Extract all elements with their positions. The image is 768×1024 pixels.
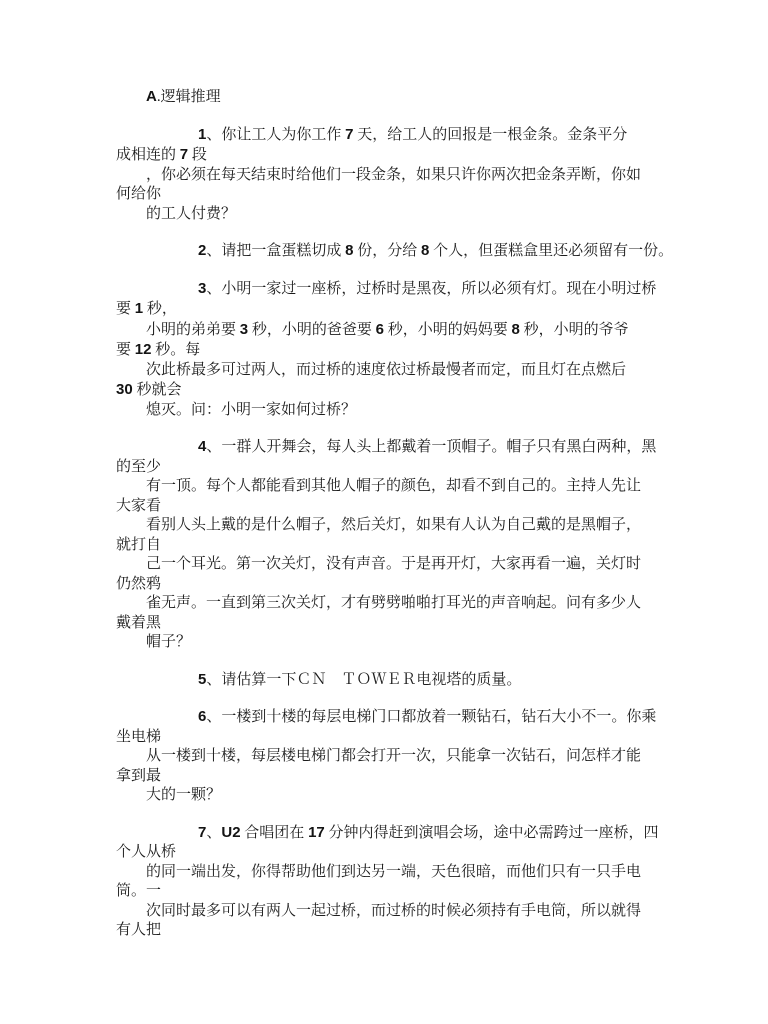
text-line: 大的一颗？ xyxy=(116,786,680,806)
bold-number-run: 8 xyxy=(511,321,519,338)
text-line: 要 12 秒。每 xyxy=(116,340,680,361)
text-run: 次此桥最多可过两人，而过桥的速度依过桥最慢者而定，而且灯在点燃后 xyxy=(146,362,626,378)
question-1: 1、你让工人为你工作 7 天，给工人的回报是一根金条。金条平分成相连的 7 段，… xyxy=(116,125,680,225)
text-run: .逻辑推理 xyxy=(157,89,221,105)
section-heading: A.逻辑推理 xyxy=(116,87,680,108)
text-run: 秒就会 xyxy=(133,382,182,398)
bold-number-run: 3 xyxy=(240,321,248,338)
bold-number-run: 1 xyxy=(135,300,143,317)
text-run: 坐电梯 xyxy=(116,729,161,745)
text-run: 次同时最多可以有两人一起过桥，而过桥的时候必须持有手电筒，所以就得 xyxy=(146,903,641,919)
text-line: 的至少 xyxy=(116,458,680,478)
text-line: 5、请估算一下ＣＮ ＴＯＷＥＲ电视塔的质量。 xyxy=(116,670,680,691)
text-line: 3、小明一家过一座桥，过桥时是黑夜，所以必须有灯。现在小明过桥 xyxy=(116,279,680,300)
text-run: 拿到最 xyxy=(116,768,161,784)
text-run: 的工人付费？ xyxy=(146,206,236,222)
text-line: 何给你 xyxy=(116,185,680,205)
text-line: 个人从桥 xyxy=(116,843,680,863)
text-line: 帽子？ xyxy=(116,633,680,653)
text-run: 仍然鸦 xyxy=(116,576,161,592)
text-line: 1、你让工人为你工作 7 天，给工人的回报是一根金条。金条平分 xyxy=(116,125,680,146)
text-line: 大家看 xyxy=(116,497,680,517)
text-run: 就打自 xyxy=(116,537,161,553)
text-line: 次同时最多可以有两人一起过桥，而过桥的时候必须持有手电筒，所以就得 xyxy=(116,902,680,922)
document-page: A.逻辑推理1、你让工人为你工作 7 天，给工人的回报是一根金条。金条平分成相连… xyxy=(0,0,768,1024)
text-line: 成相连的 7 段 xyxy=(116,145,680,166)
text-run: 何给你 xyxy=(116,186,161,202)
text-line: 拿到最 xyxy=(116,767,680,787)
text-run: 雀无声。一直到第三次关灯，才有劈劈啪啪打耳光的声音响起。问有多少人 xyxy=(146,595,641,611)
text-run: 要 xyxy=(116,342,135,358)
text-run: 段 xyxy=(188,147,207,163)
text-run: ，你必须在每天结束时给他们一段金条，如果只许你两次把金条弄断，你如 xyxy=(146,167,641,183)
text-run: 有人把 xyxy=(116,922,161,938)
text-run: 秒， xyxy=(143,301,177,317)
text-line: 仍然鸦 xyxy=(116,575,680,595)
question-7: 7、U2 合唱团在 17 分钟内得赶到演唱会场，途中必需跨过一座桥，四个人从桥的… xyxy=(116,823,680,941)
text-run: 秒，小明的爷爷 xyxy=(520,322,629,338)
bold-number-run: A xyxy=(146,88,157,105)
question-4: 4、一群人开舞会，每人头上都戴着一顶帽子。帽子只有黑白两种，黑的至少有一顶。每个… xyxy=(116,437,680,653)
text-run: 戴着黑 xyxy=(116,615,161,631)
text-run: 看别人头上戴的是什么帽子，然后关灯，如果有人认为自己戴的是黑帽子， xyxy=(146,517,641,533)
text-run: 、一群人开舞会，每人头上都戴着一顶帽子。帽子只有黑白两种，黑 xyxy=(206,439,656,455)
bold-number-run: 6 xyxy=(376,321,384,338)
text-line: 己一个耳光。第一次关灯，没有声音。于是再开灯，大家再看一遍，关灯时 xyxy=(116,555,680,575)
text-run: 份，分给 xyxy=(353,243,421,259)
text-line: ，你必须在每天结束时给他们一段金条，如果只许你两次把金条弄断，你如 xyxy=(116,166,680,186)
question-6: 6、一楼到十楼的每层电梯门口都放着一颗钻石，钻石大小不一。你乘坐电梯从一楼到十楼… xyxy=(116,707,680,806)
text-line: 2、请把一盒蛋糕切成 8 份，分给 8 个人，但蛋糕盒里还必须留有一份。 xyxy=(116,241,680,262)
text-line: 30 秒就会 xyxy=(116,380,680,401)
text-run: 的至少 xyxy=(116,459,161,475)
bold-number-run: 12 xyxy=(135,341,152,358)
text-line: 7、U2 合唱团在 17 分钟内得赶到演唱会场，途中必需跨过一座桥，四 xyxy=(116,823,680,844)
text-line: 看别人头上戴的是什么帽子，然后关灯，如果有人认为自己戴的是黑帽子， xyxy=(116,516,680,536)
text-run: 从一楼到十楼，每层楼电梯门都会打开一次，只能拿一次钻石，问怎样才能 xyxy=(146,748,641,764)
text-run: 秒。每 xyxy=(151,342,200,358)
text-run: 分钟内得赶到演唱会场，途中必需跨过一座桥，四 xyxy=(325,825,659,841)
text-line: 有一顶。每个人都能看到其他人帽子的颜色，却看不到自己的。主持人先让 xyxy=(116,477,680,497)
text-line: 次此桥最多可过两人，而过桥的速度依过桥最慢者而定，而且灯在点燃后 xyxy=(116,361,680,381)
text-line: 6、一楼到十楼的每层电梯门口都放着一颗钻石，钻石大小不一。你乘 xyxy=(116,707,680,728)
text-run: 个人，但蛋糕盒里还必须留有一份。 xyxy=(429,243,673,259)
question-2: 2、请把一盒蛋糕切成 8 份，分给 8 个人，但蛋糕盒里还必须留有一份。 xyxy=(116,241,680,262)
text-run: 、你让工人为你工作 xyxy=(206,127,345,143)
text-line: 4、一群人开舞会，每人头上都戴着一顶帽子。帽子只有黑白两种，黑 xyxy=(116,437,680,458)
text-run: 要 xyxy=(116,301,135,317)
text-run: 合唱团在 xyxy=(241,825,309,841)
text-run: 个人从桥 xyxy=(116,844,176,860)
text-run: 的同一端出发，你得帮助他们到达另一端，天色很暗，而他们只有一只手电 xyxy=(146,864,641,880)
bold-number-run: 30 xyxy=(116,381,133,398)
text-run: 秒，小明的爸爸要 xyxy=(248,322,376,338)
text-line: 的工人付费？ xyxy=(116,205,680,225)
text-line: 熄灭。问：小明一家如何过桥？ xyxy=(116,401,680,421)
text-run: 成相连的 xyxy=(116,147,180,163)
text-run: 、一楼到十楼的每层电梯门口都放着一颗钻石，钻石大小不一。你乘 xyxy=(206,709,656,725)
text-run: 己一个耳光。第一次关灯，没有声音。于是再开灯，大家再看一遍，关灯时 xyxy=(146,556,641,572)
text-run: 帽子？ xyxy=(146,634,191,650)
text-run: 有一顶。每个人都能看到其他人帽子的颜色，却看不到自己的。主持人先让 xyxy=(146,478,641,494)
text-line: 的同一端出发，你得帮助他们到达另一端，天色很暗，而他们只有一只手电 xyxy=(116,863,680,883)
text-line: 戴着黑 xyxy=(116,614,680,634)
text-line: 雀无声。一直到第三次关灯，才有劈劈啪啪打耳光的声音响起。问有多少人 xyxy=(116,594,680,614)
bold-number-run: U2 xyxy=(221,824,240,841)
text-line: 有人把 xyxy=(116,921,680,941)
text-line: 就打自 xyxy=(116,536,680,556)
text-run: 、 xyxy=(206,825,221,841)
question-5: 5、请估算一下ＣＮ ＴＯＷＥＲ电视塔的质量。 xyxy=(116,670,680,691)
text-run: 天，给工人的回报是一根金条。金条平分 xyxy=(353,127,627,143)
text-run: 熄灭。问：小明一家如何过桥？ xyxy=(146,402,356,418)
text-run: 筒。一 xyxy=(116,883,161,899)
bold-number-run: 7 xyxy=(180,146,188,163)
text-run: 大家看 xyxy=(116,498,161,514)
text-run: 、请把一盒蛋糕切成 xyxy=(206,243,345,259)
text-run: 、小明一家过一座桥，过桥时是黑夜，所以必须有灯。现在小明过桥 xyxy=(206,281,656,297)
text-line: 要 1 秒， xyxy=(116,299,680,320)
text-run: 秒，小明的妈妈要 xyxy=(384,322,512,338)
text-line: 筒。一 xyxy=(116,882,680,902)
text-run: 、请估算一下ＣＮ ＴＯＷＥＲ电视塔的质量。 xyxy=(206,672,521,688)
question-3: 3、小明一家过一座桥，过桥时是黑夜，所以必须有灯。现在小明过桥要 1 秒，小明的… xyxy=(116,279,680,421)
bold-number-run: 17 xyxy=(308,824,325,841)
text-line: 坐电梯 xyxy=(116,728,680,748)
text-line: 小明的弟弟要 3 秒，小明的爸爸要 6 秒，小明的妈妈要 8 秒，小明的爷爷 xyxy=(116,320,680,341)
text-line: 从一楼到十楼，每层楼电梯门都会打开一次，只能拿一次钻石，问怎样才能 xyxy=(116,747,680,767)
text-run: 大的一颗？ xyxy=(146,787,221,803)
text-run: 小明的弟弟要 xyxy=(146,322,240,338)
